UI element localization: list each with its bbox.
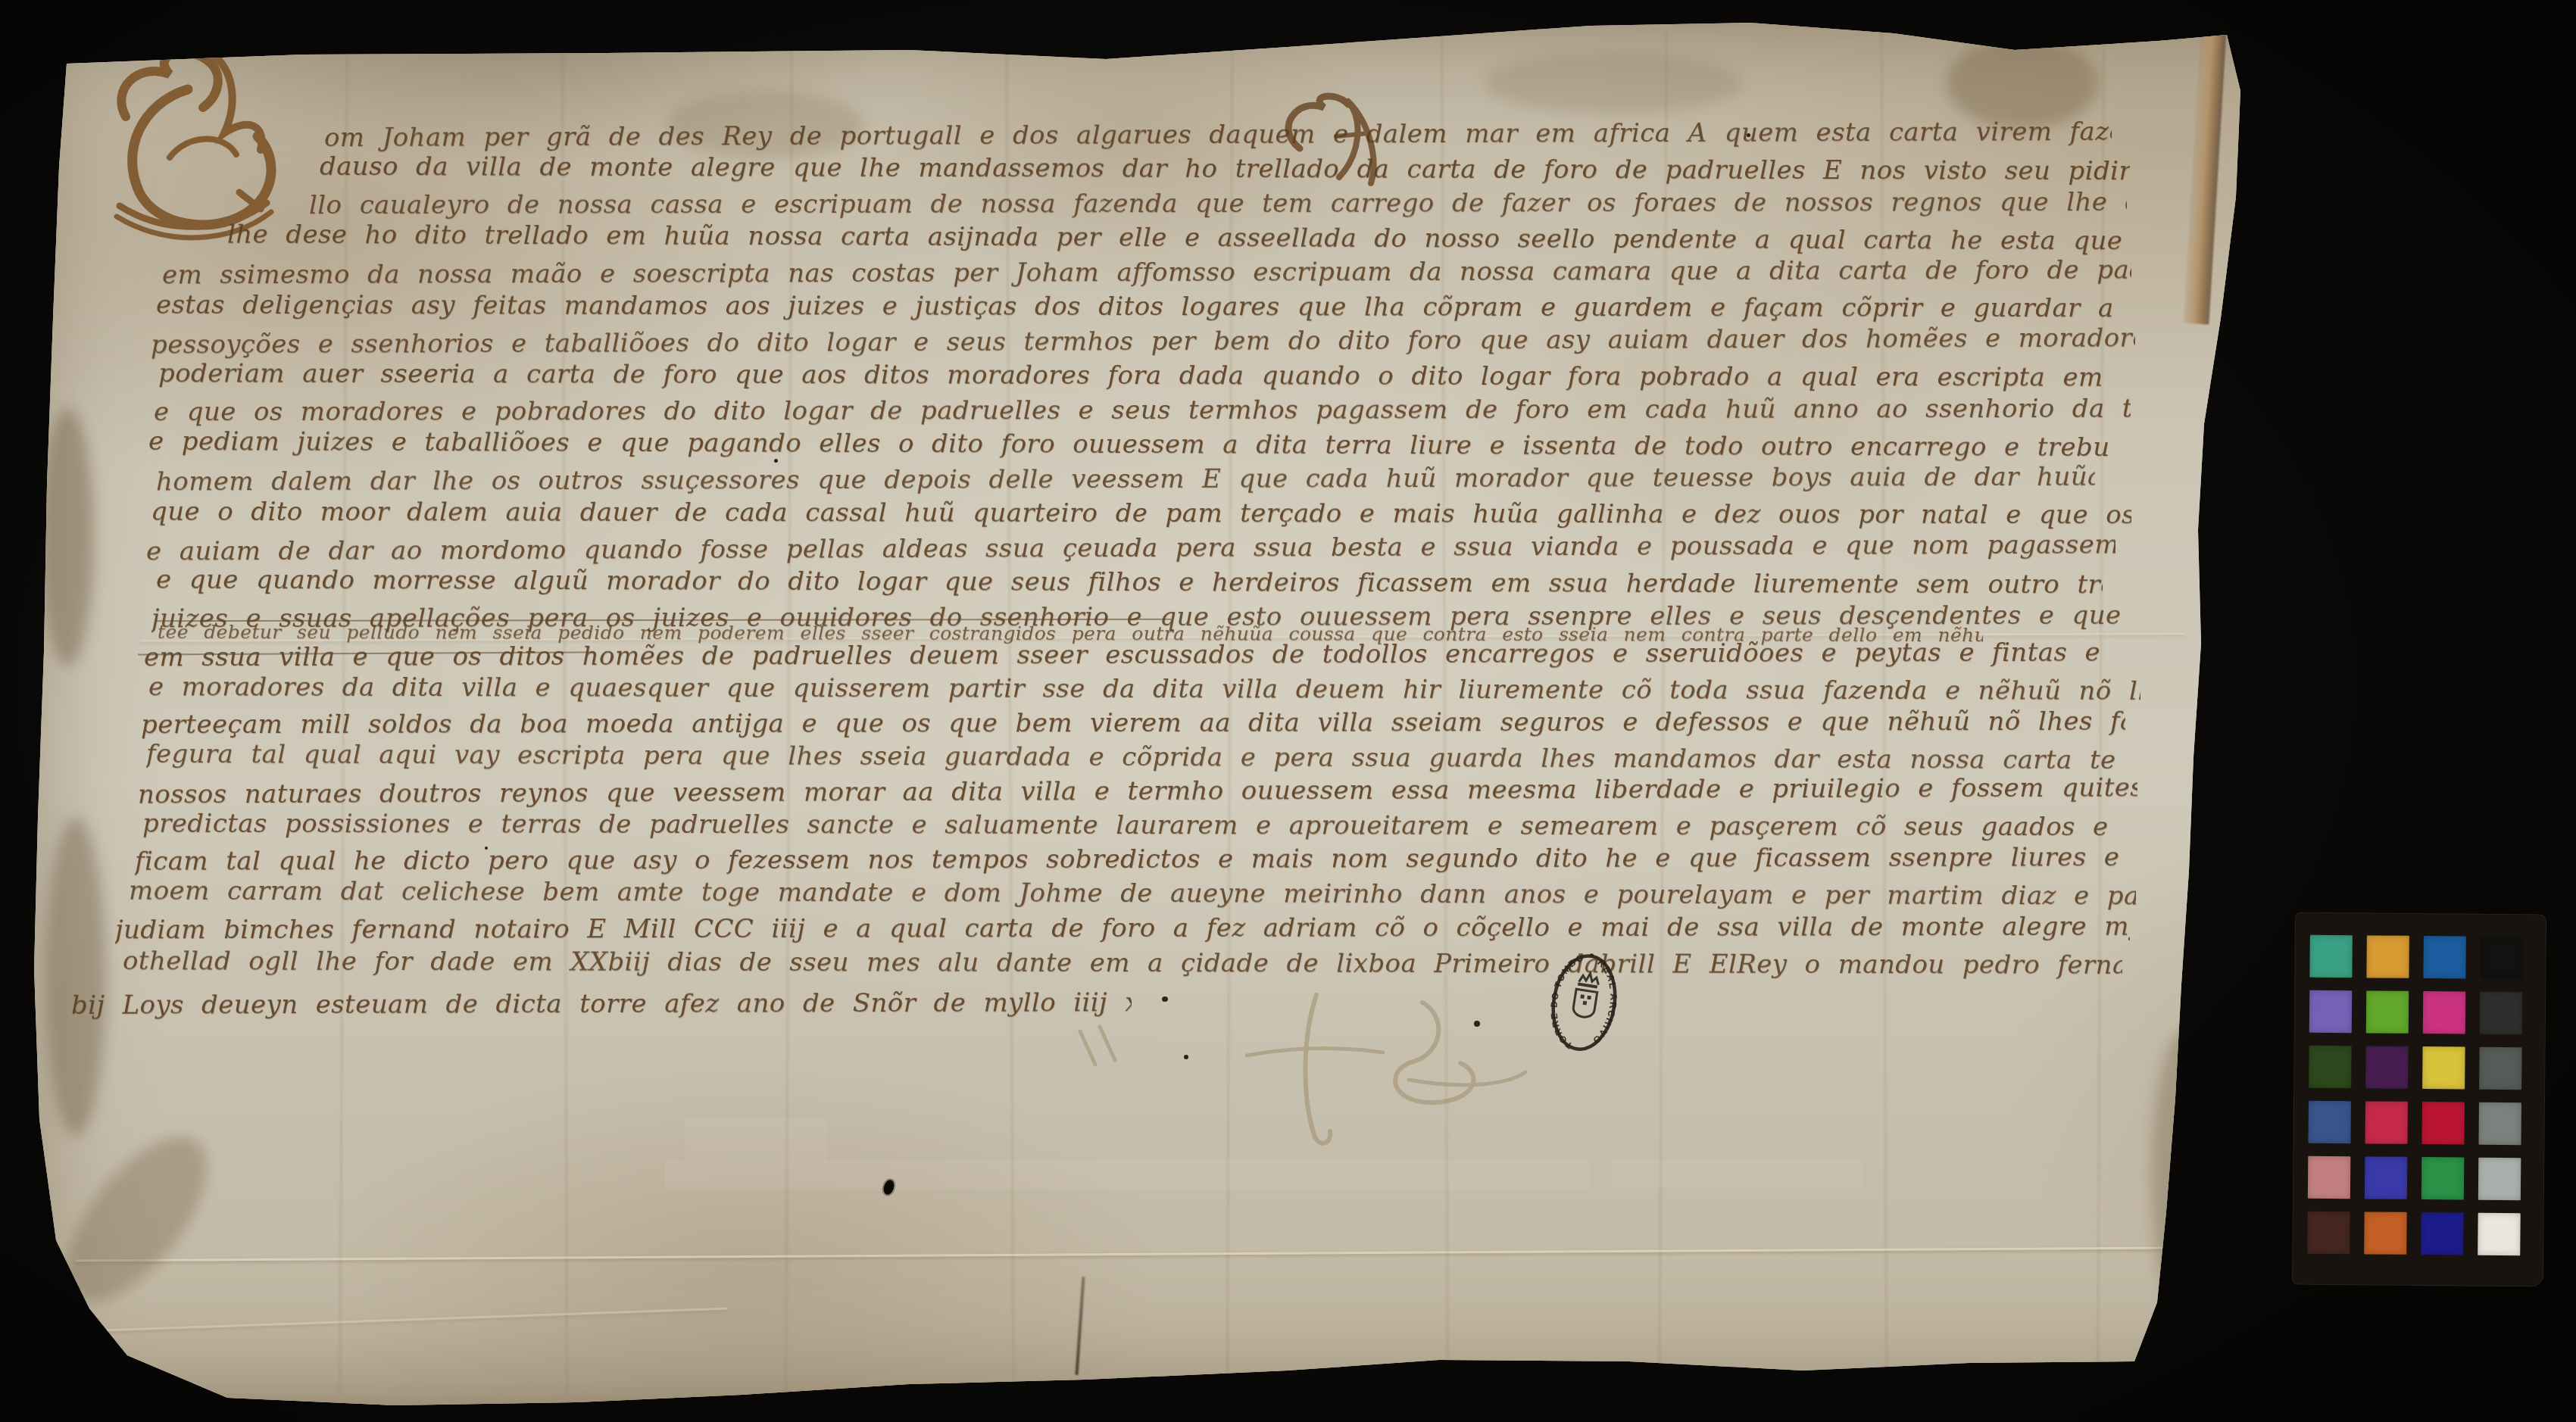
color-patch [2421,1102,2464,1144]
manuscript-line: e auiam de dar ao mordomo quando fosse p… [146,529,2115,569]
color-patch [2480,937,2522,979]
photo-canvas: D om Joham per grã de des Rey de portuga… [0,0,2576,1422]
color-patch [2423,991,2465,1034]
color-patch [2365,1156,2407,1199]
wrinkle-shadow [2151,1030,2219,1318]
manuscript-line: e pediam juizes e taballiõoes e que paga… [148,426,2110,466]
manuscript-line: pessoyções e ssenhorios e taballiõoes do… [151,323,2135,363]
color-patch [2365,1046,2408,1088]
color-patch [2364,1212,2406,1254]
manuscript-line: judiam bimches fernand notairo E Mill CC… [115,912,2130,949]
manuscript-line: lhe dese ho dito trellado em huũa nossa … [227,220,2132,260]
color-patch [2309,935,2352,978]
manuscript-line: e que quando morresse alguũ morador do d… [156,565,2103,603]
color-patch [2365,1101,2407,1143]
watermark-band [685,1118,826,1161]
stamp-text-left: TORRE DO TOMBO [1541,948,1588,1052]
color-patch [2479,1047,2521,1090]
color-checker-chart [2292,912,2546,1287]
stain [1485,53,1742,114]
color-patch [2480,992,2522,1034]
fold-crease [61,1308,727,1333]
ink-speck [1162,996,1168,1002]
watermark-band [1612,1160,1862,1187]
manuscript-line: moem carram dat celichese bem amte toge … [129,876,2136,915]
manuscript-line: que o dito moor dalem auia dauer de cada… [151,497,2131,534]
color-patch [2308,1156,2350,1199]
folded-corner [2183,27,2226,324]
wrinkle-shadow [1947,38,2098,129]
manuscript-line: perteeçam mill soldos da boa moeda antij… [141,706,2125,744]
color-patch [2307,1212,2350,1254]
manuscript-line: llo caualeyro de nossa cassa e escripuam… [309,187,2127,223]
stamp-coat-of-arms [1572,971,1600,1018]
manuscript-line: dauso da villa de monte alegre que lhe m… [320,151,2130,189]
manuscript-line: e moradores da dita villa e quaesquer qu… [148,672,2140,709]
ink-speck [485,847,488,850]
manuscript-line: em ssua villa e que os ditos homẽes de p… [144,638,2113,676]
manuscript-line: e que os moradores e pobradores do dito … [154,394,2131,431]
ink-speck [1474,1021,1480,1027]
parchment: D om Joham per grã de des Rey de portuga… [0,0,2576,1422]
manuscript-line: fegura tal qual aqui vay escripta pera q… [146,739,2115,778]
color-patch [2309,990,2352,1033]
color-patch [2366,990,2409,1033]
color-patch [2309,1046,2351,1088]
ink-speck [1184,1055,1188,1059]
color-patch [2421,1157,2464,1199]
manuscript-line: predictas possissiones e terras de padru… [142,809,2119,846]
manuscript-line: em ssimesmo da nossa maão e soescripta n… [162,255,2131,294]
ink-speck [774,459,778,463]
color-patch [2423,936,2465,978]
color-patch [2421,1212,2463,1255]
manuscript-line: om Joham per grã de des Rey de portugall… [324,117,2112,156]
parchment-tear [1075,1277,1085,1375]
fold-crease [76,1247,2166,1262]
archive-stamp: REAL ARCHIVO TORRE DO TOMBO [1534,942,1634,1067]
color-patch [2422,1046,2465,1089]
manuscript-line: poderiam auer sseeria a carta de foro qu… [158,358,2105,395]
color-patch [2366,935,2409,978]
svg-text:REAL ARCHIVO: REAL ARCHIVO [1583,956,1625,1049]
wrinkle-shadow [40,1114,233,1325]
wrinkle-shadow [45,818,106,1136]
ink-speck [1747,133,1750,137]
color-patch [2478,1158,2521,1200]
color-patch [2308,1101,2350,1143]
color-patch [2478,1102,2521,1145]
signature-flourish [1066,983,1536,1165]
manuscript-line: nossos naturaes doutros reynos que veess… [138,772,2137,812]
manuscript-line: estas deligençias asy feitas mandamos ao… [156,290,2114,327]
color-patch [2478,1213,2520,1255]
wrinkle-shadow [41,409,94,666]
manuscript-line: ficam tal qual he dicto pero que asy o f… [135,842,2119,879]
manuscript-line: homem dalem dar lhe os outros ssuçessore… [156,462,2095,501]
stamp-text-right: REAL ARCHIVO [1583,956,1625,1049]
manuscript-line: bij Loys deueyn esteuam de dicta torre a… [71,987,1132,1024]
manuscript-line: othellad ogll lhe for dade em XXbiij dia… [123,946,2122,984]
svg-text:TORRE DO TOMBO: TORRE DO TOMBO [1541,948,1588,1052]
